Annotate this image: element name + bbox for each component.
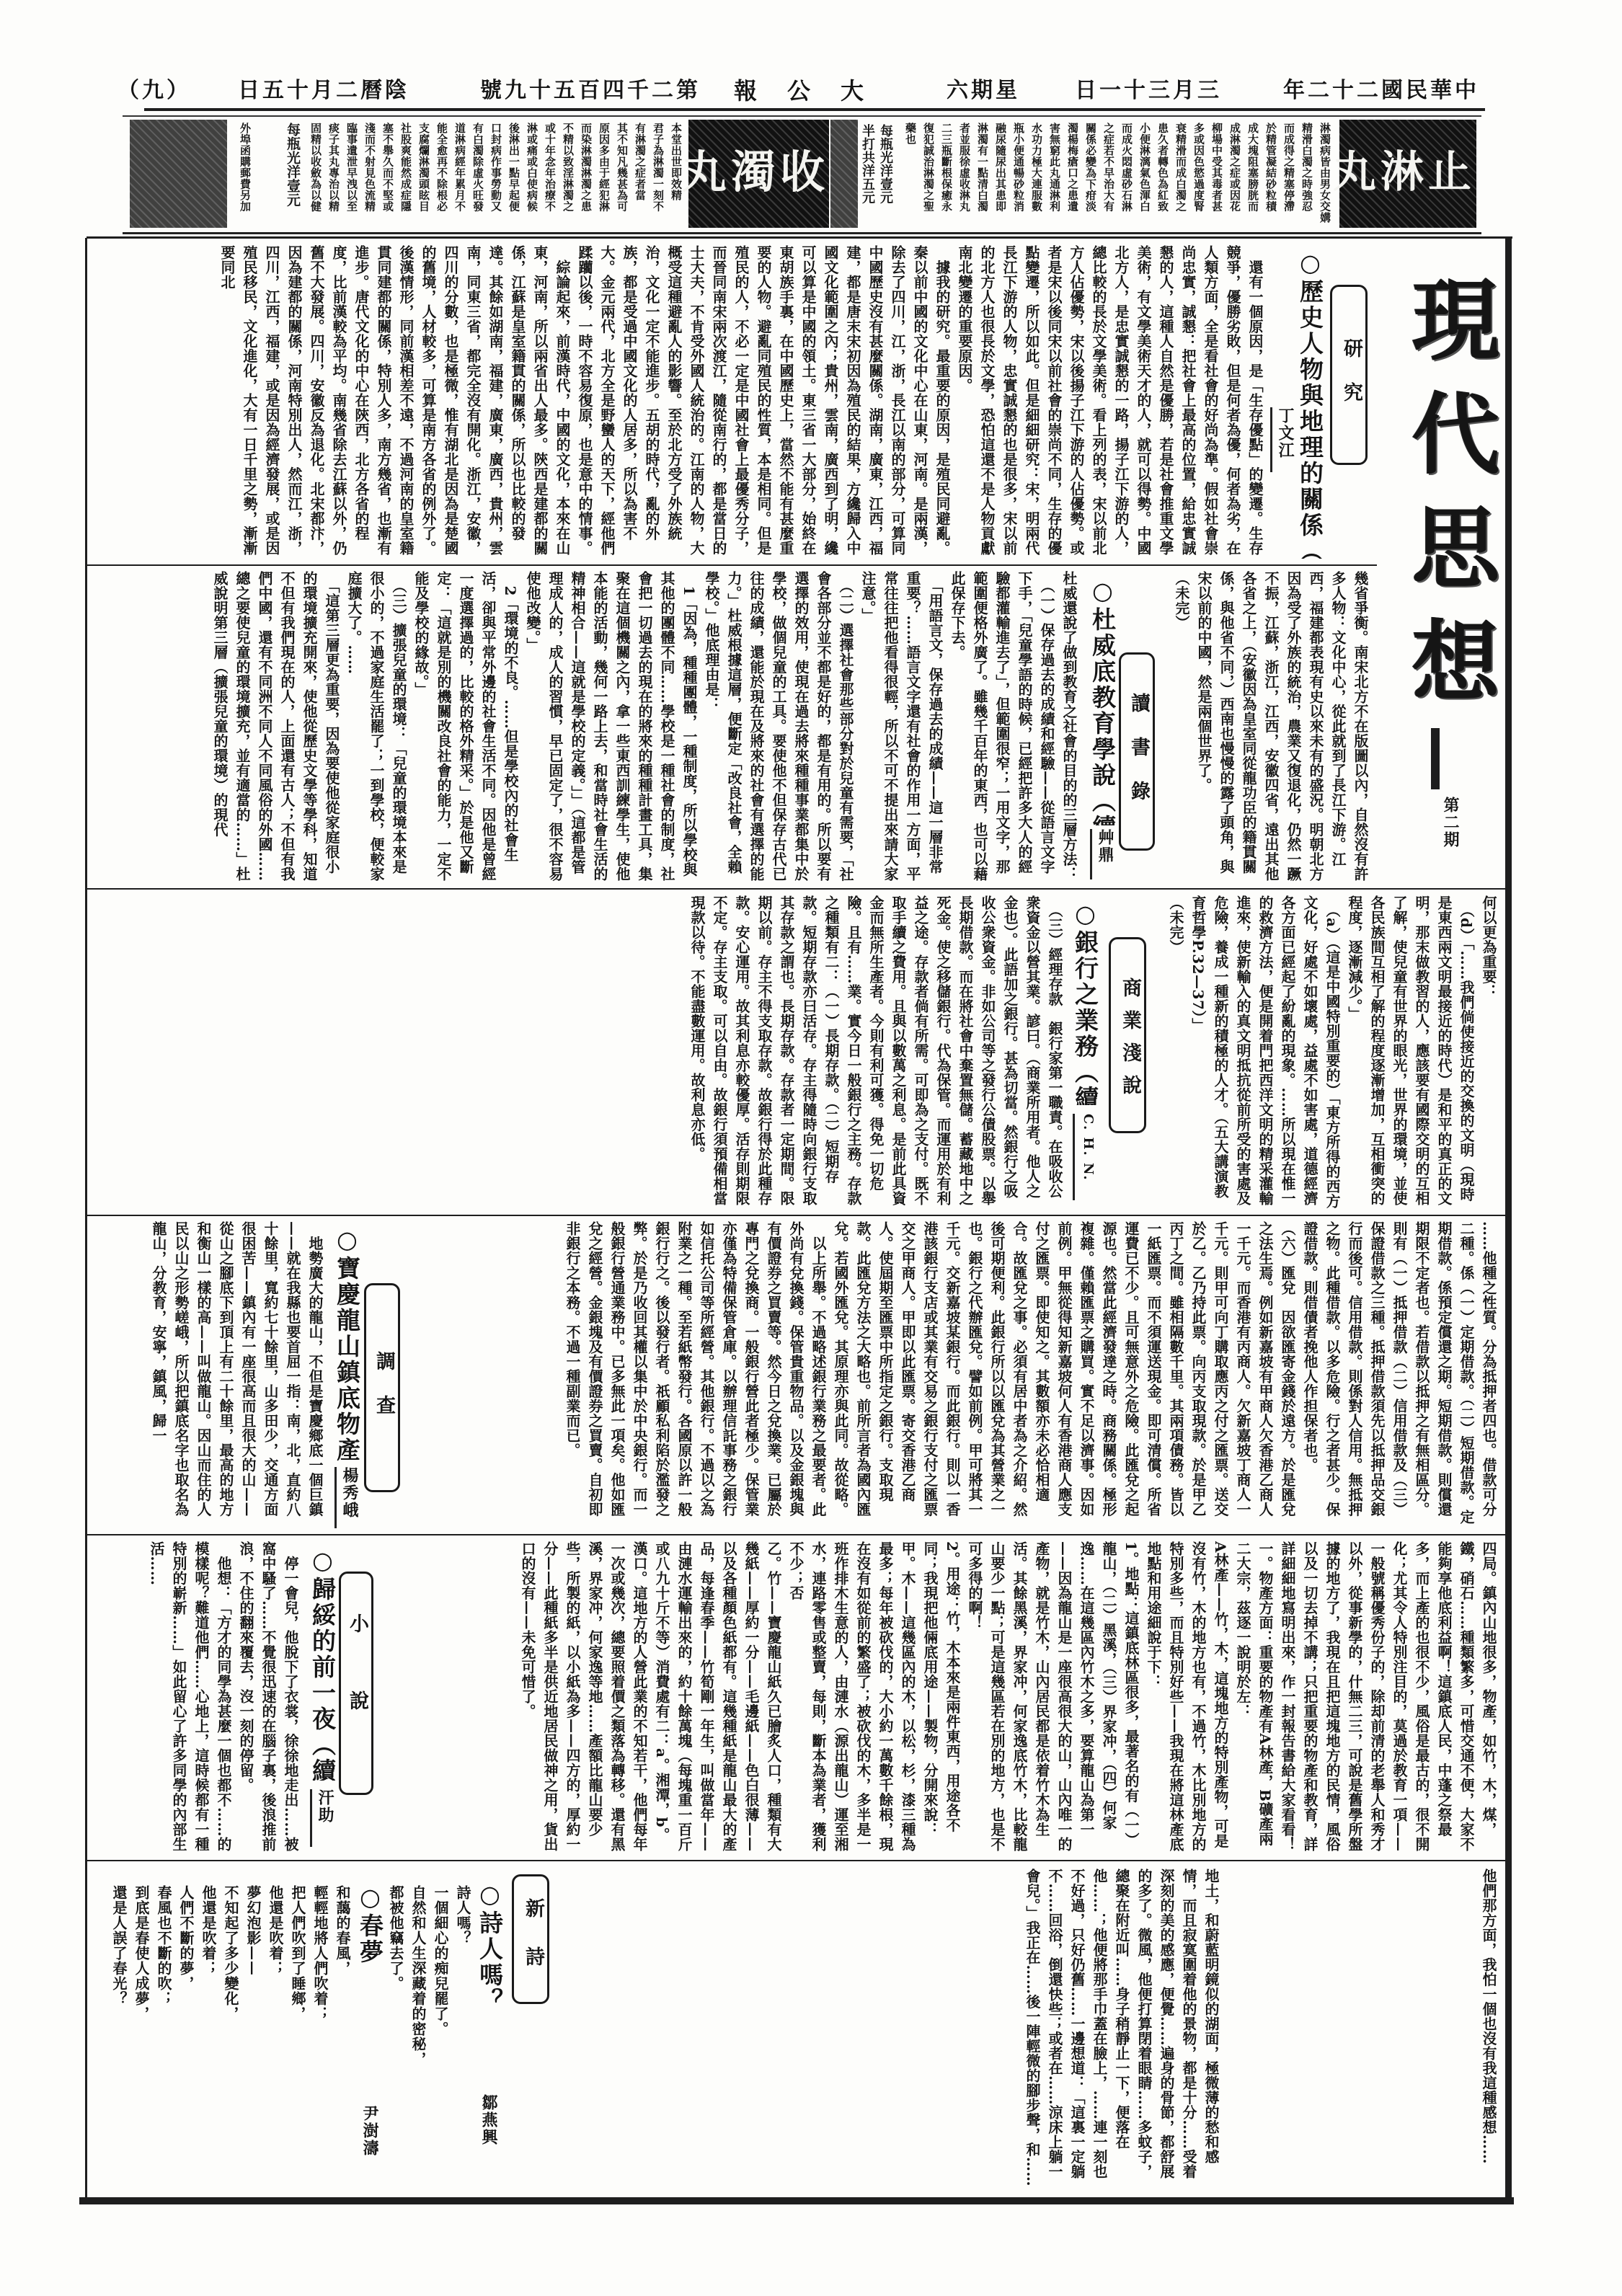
tier-rule-2	[87, 888, 1507, 890]
top-rule	[87, 236, 1512, 239]
ad-mail-note: 外埠函購郵費另加	[238, 123, 254, 227]
ad-title: 止淋丸	[1342, 133, 1476, 212]
header-rule	[144, 108, 1485, 111]
ad-price: 每瓶光洋壹元 半打共洋五元	[861, 124, 895, 229]
weekday: 星期六	[941, 78, 1020, 104]
article-author: 汗助	[310, 1789, 335, 1847]
poem-author: 鄒燕興	[477, 2094, 500, 2152]
article-continuation: 四局。鎮內山地很多，物產，如竹，木，煤，鐵，硝石……種類繁多，可惜交通不便，大家…	[404, 1541, 1499, 1856]
poem-title: ○春夢	[356, 1883, 384, 1969]
right-border	[1505, 238, 1512, 2202]
tier-rule-4	[87, 1534, 1507, 1535]
article-body: 杜威還說了做到教育之社會的目的的三層方法： （一）保存過去的成績和經驗——從語言…	[91, 571, 1080, 882]
article-continuation: 何以更為重要： （d）「……我們倘使接近的交換的文明（現時是東西兩文明最接近的時…	[1166, 895, 1499, 1210]
poem-author: 尹澍濤	[358, 2105, 381, 2170]
masthead-bar	[1431, 728, 1440, 789]
newspaper-page: （九） 陰曆二月十五日 第二千四百五十九號 大公報 星期六 三月三十一日 中華民…	[0, 0, 1622, 2296]
article-continuation-right: 他們那方面，我怕一個也沒有我這種感想……	[1229, 1869, 1499, 2191]
article-title: ○銀行之業務（續）	[1070, 900, 1099, 1105]
article-continuation: ……他種之性質。分為抵押者四也。借款可分二種。係（一）定期借款。（二）短期借款。…	[407, 1221, 1499, 1530]
article-continuation: 地土，和蔚藍明鏡似的湖面，極微薄的愁和感情，而且寂寞圍着他的景物，都是十分……受…	[562, 1869, 1222, 2191]
ad-body: 淋濁病皆由男女交媾 精滑白濁之時強忍 而成得之精塞停滯 於精管凝結砂粒積 成大塊…	[901, 123, 1334, 227]
article-body: 地勢廣大的龍山，不但是寶慶鄉底一個巨鎮——就在我縣也要首屈一指：南，北，直約八十…	[91, 1221, 326, 1530]
ad-texture-block	[130, 120, 227, 228]
masthead-title: 現代思想	[1388, 274, 1496, 793]
article-continuation: 幾省爭衡。南宋北方不在版圖以內，自然沒有許多人物：文化中心，從此就到了長江下游。…	[1162, 571, 1371, 882]
section-box-commerce: 商業淺說	[1109, 937, 1146, 1133]
poem-title: ○詩人嗎？	[476, 1880, 503, 2003]
date: 三月三十一日	[1078, 78, 1222, 104]
article-author: 丁文江	[1270, 407, 1295, 472]
article-title: ○寶慶龍山鎮底物產和教育	[332, 1225, 360, 1463]
article-author: C. H. N.	[1073, 1114, 1098, 1200]
tier-rule-5	[87, 1860, 1507, 1861]
section-box-new-poetry: 新詩	[512, 1874, 549, 2004]
article-body: 停一會兒，他脫下了衣裳，徐徐地走出……被窩中騷了……不覺很迅速的在腦子裏，後浪推…	[91, 1541, 301, 1856]
article-body: （三）經理存款 銀行家第一職責。在吸收公衆資金以營其業。諺曰。（商業所用者。他人…	[91, 895, 1065, 1210]
article-title: ○歷史人物與地理的關係（續）	[1295, 249, 1324, 559]
article-author: 艸鼎	[1090, 829, 1115, 879]
masthead-issue-label: 第二期	[1440, 797, 1462, 869]
article-author: 楊秀峨	[334, 1467, 360, 1528]
left-border	[85, 238, 87, 2202]
issue-number: 第二千四百五十九號	[470, 78, 701, 104]
section-box-research: 研究	[1330, 285, 1368, 465]
ad-texture-block	[830, 120, 858, 228]
section-box-novel: 小說	[339, 1572, 373, 1795]
ad-price: 每瓶光洋壹元	[272, 123, 301, 227]
section-box-reading-notes: 讀書錄	[1119, 652, 1155, 851]
tier-rule-3	[87, 1215, 1507, 1216]
lunar-date: 陰曆二月十五日	[229, 78, 409, 104]
tier-rule-1	[87, 564, 1377, 566]
article-title: ○歸綏的前一夜（續）	[307, 1546, 336, 1781]
article-title: ○杜威底教育學說（續）	[1087, 577, 1116, 825]
poem-body: 和藹的春風， 輕輕地將人們吹着； 把人們吹到了睡鄉， 他還是吹着； 夢幻泡影——…	[101, 1885, 353, 2173]
bottom-rule	[79, 2197, 1514, 2204]
section-box-survey: 調查	[364, 1283, 400, 1492]
ad-title: 收濁丸	[692, 133, 829, 212]
paper-name: 大公報	[750, 78, 894, 104]
page-number: （九）	[148, 78, 191, 104]
article-body: 還有一個原因，是「生存優點」的變遷。生存競爭，優勝劣敗，但是何者為優，何者為劣，…	[91, 245, 1266, 560]
poem-body: 詩人嗎？ 一個細心的痴兒罷了。 自然和人生深藏着的密秘， 都被他竊去了。	[384, 1885, 474, 2173]
ad-body: 本堂出世即效精 君子為淋濁一刻不 有淋濁之症者當 其不知凡幾甚為可 原因多由于經…	[310, 123, 685, 227]
year: 中華民國二十二年	[1270, 78, 1479, 104]
